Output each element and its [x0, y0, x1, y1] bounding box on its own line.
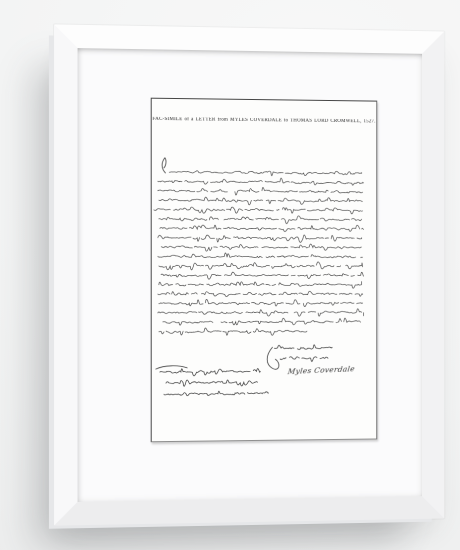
framed-artwork: FAC-SIMILE of a LETTER from MYLES COVERD…	[54, 24, 444, 525]
product-photo: FAC-SIMILE of a LETTER from MYLES COVERD…	[0, 0, 460, 550]
flourish-strokes	[156, 158, 279, 370]
script-lines	[154, 170, 364, 396]
letter-print: FAC-SIMILE of a LETTER from MYLES COVERD…	[151, 98, 378, 443]
handwriting-script-svg	[152, 99, 377, 442]
mat-board: FAC-SIMILE of a LETTER from MYLES COVERD…	[78, 48, 422, 502]
picture-frame: FAC-SIMILE of a LETTER from MYLES COVERD…	[54, 24, 444, 525]
